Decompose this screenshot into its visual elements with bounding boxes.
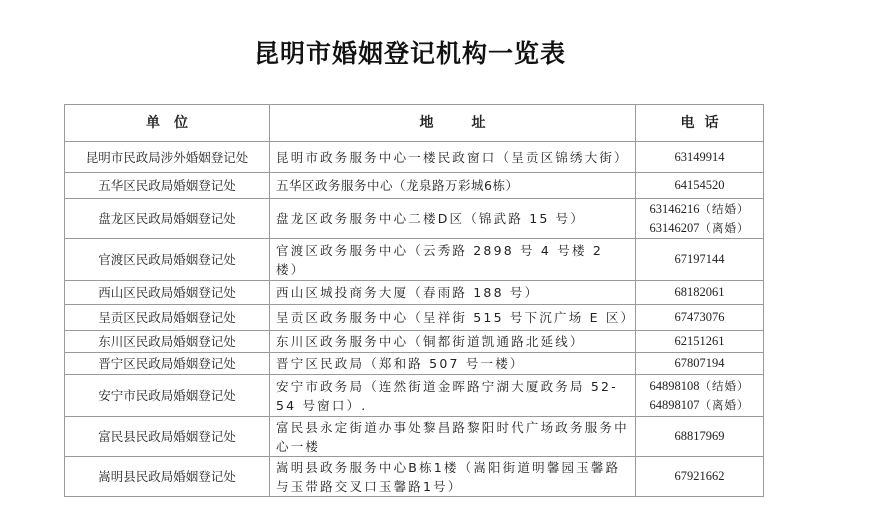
address-cell: 东川区政务服务中心（铜都街道凯通路北延线） <box>270 331 636 353</box>
phone-cell: 62151261 <box>636 331 764 353</box>
phone-number: 67807194 <box>636 354 763 373</box>
phone-number: 62151261 <box>636 332 763 351</box>
phone-cell: 67921662 <box>636 457 764 497</box>
address-cell: 嵩明县政务服务中心B栋1楼（嵩阳街道明馨园玉馨路与玉带路交叉口玉馨路1号） <box>270 457 636 497</box>
phone-number: 64898108 <box>650 379 700 393</box>
phone-cell: 68817969 <box>636 417 764 457</box>
table-row: 五华区民政局婚姻登记处 五华区政务服务中心（龙泉路万彩城6栋） 64154520 <box>65 173 764 199</box>
table-row: 富民县民政局婚姻登记处 富民县永定街道办事处黎昌路黎阳时代广场政务服务中心一楼 … <box>65 417 764 457</box>
phone-number: 64898107 <box>650 398 700 412</box>
header-phone-label: 电话 <box>671 115 729 131</box>
unit-cell: 富民县民政局婚姻登记处 <box>65 417 270 457</box>
phone-number: 63149914 <box>636 148 763 167</box>
document-title: 昆明市婚姻登记机构一览表 <box>0 34 820 70</box>
table-row: 昆明市民政局涉外婚姻登记处 昆明市政务服务中心一楼民政窗口（呈贡区锦绣大街） 6… <box>65 142 764 173</box>
header-address: 地址 <box>270 105 636 142</box>
header-unit-label: 单位 <box>132 115 202 131</box>
table-row: 官渡区民政局婚姻登记处 官渡区政务服务中心（云秀路 2898 号 4 号楼 2 … <box>65 239 764 281</box>
address-cell: 呈贡区政务服务中心（呈祥街 515 号下沉广场 E 区） <box>270 305 636 331</box>
table-header-row: 单位 地址 电话 <box>65 105 764 142</box>
table-row: 晋宁区民政局婚姻登记处 晋宁区民政局（郑和路 507 号一楼） 67807194 <box>65 353 764 375</box>
phone-note: （离婚） <box>700 398 750 412</box>
phone-note: （结婚） <box>700 379 750 393</box>
table-row: 安宁市民政局婚姻登记处 安宁市政务局（连然街道金晖路宁湖大厦政务局 52-54 … <box>65 375 764 417</box>
marriage-registry-table: 单位 地址 电话 昆明市民政局涉外婚姻登记处 昆明市政务服务中心一楼民政窗口（呈… <box>64 104 764 497</box>
unit-cell: 安宁市民政局婚姻登记处 <box>65 375 270 417</box>
unit-cell: 盘龙区民政局婚姻登记处 <box>65 199 270 239</box>
phone-cell: 64898108（结婚） 64898107（离婚） <box>636 375 764 417</box>
unit-cell: 嵩明县民政局婚姻登记处 <box>65 457 270 497</box>
table-row: 嵩明县民政局婚姻登记处 嵩明县政务服务中心B栋1楼（嵩阳街道明馨园玉馨路与玉带路… <box>65 457 764 497</box>
phone-cell: 67807194 <box>636 353 764 375</box>
header-address-label: 地址 <box>382 115 524 131</box>
phone-number: 64154520 <box>636 176 763 195</box>
phone-cell: 67197144 <box>636 239 764 281</box>
phone-number: 68817969 <box>636 427 763 446</box>
phone-cell: 63149914 <box>636 142 764 173</box>
phone-number: 67473076 <box>636 308 763 327</box>
phone-note: （结婚） <box>700 202 750 216</box>
phone-number: 67197144 <box>636 250 763 269</box>
address-cell: 安宁市政务局（连然街道金晖路宁湖大厦政务局 52-54 号窗口）. <box>270 375 636 417</box>
address-cell: 五华区政务服务中心（龙泉路万彩城6栋） <box>270 173 636 199</box>
unit-cell: 五华区民政局婚姻登记处 <box>65 173 270 199</box>
phone-number: 63146216 <box>650 202 700 216</box>
unit-cell: 呈贡区民政局婚姻登记处 <box>65 305 270 331</box>
phone-cell: 63146216（结婚） 63146207（离婚） <box>636 199 764 239</box>
phone-cell: 67473076 <box>636 305 764 331</box>
phone-number: 63146207 <box>650 221 700 235</box>
table-row: 盘龙区民政局婚姻登记处 盘龙区政务服务中心二楼D区（锦武路 15 号） 6314… <box>65 199 764 239</box>
unit-cell: 昆明市民政局涉外婚姻登记处 <box>65 142 270 173</box>
phone-number: 67921662 <box>636 467 763 486</box>
table-row: 呈贡区民政局婚姻登记处 呈贡区政务服务中心（呈祥街 515 号下沉广场 E 区）… <box>65 305 764 331</box>
unit-cell: 西山区民政局婚姻登记处 <box>65 281 270 305</box>
address-cell: 西山区城投商务大厦（春雨路 188 号） <box>270 281 636 305</box>
header-unit: 单位 <box>65 105 270 142</box>
address-cell: 官渡区政务服务中心（云秀路 2898 号 4 号楼 2 楼） <box>270 239 636 281</box>
address-cell: 盘龙区政务服务中心二楼D区（锦武路 15 号） <box>270 199 636 239</box>
phone-cell: 64154520 <box>636 173 764 199</box>
table-row: 西山区民政局婚姻登记处 西山区城投商务大厦（春雨路 188 号） 6818206… <box>65 281 764 305</box>
unit-cell: 东川区民政局婚姻登记处 <box>65 331 270 353</box>
unit-cell: 晋宁区民政局婚姻登记处 <box>65 353 270 375</box>
address-cell: 晋宁区民政局（郑和路 507 号一楼） <box>270 353 636 375</box>
address-cell: 昆明市政务服务中心一楼民政窗口（呈贡区锦绣大街） <box>270 142 636 173</box>
phone-cell: 68182061 <box>636 281 764 305</box>
header-phone: 电话 <box>636 105 764 142</box>
address-cell: 富民县永定街道办事处黎昌路黎阳时代广场政务服务中心一楼 <box>270 417 636 457</box>
phone-note: （离婚） <box>700 221 750 235</box>
unit-cell: 官渡区民政局婚姻登记处 <box>65 239 270 281</box>
table-row: 东川区民政局婚姻登记处 东川区政务服务中心（铜都街道凯通路北延线） 621512… <box>65 331 764 353</box>
phone-number: 68182061 <box>636 283 763 302</box>
